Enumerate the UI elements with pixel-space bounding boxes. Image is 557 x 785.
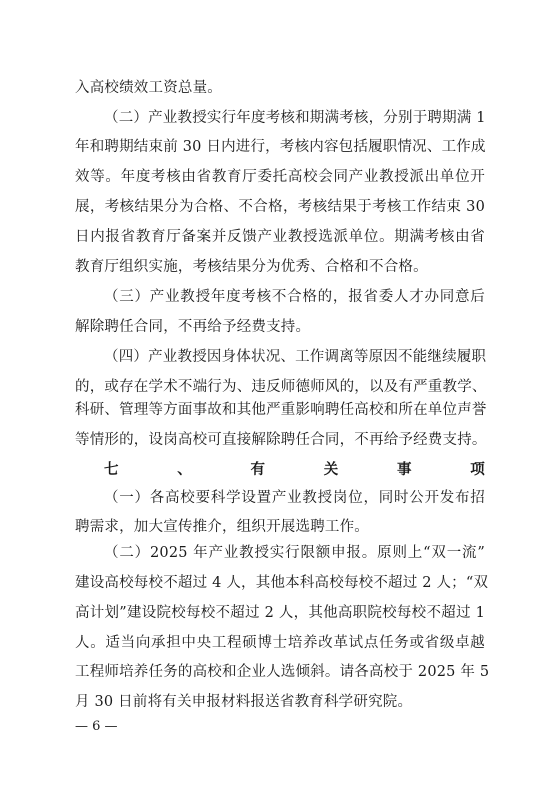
paragraph-line: 解除聘任合同，不再给予经费支持。 xyxy=(75,317,485,337)
paragraph-line: 展，考核结果分为合格、不合格，考核结果于考核工作结束 30 xyxy=(75,197,485,217)
paragraph-line: 年和聘期结束前 30 日内进行，考核内容包括履职情况、工作成 xyxy=(75,137,485,157)
paragraph-line: 聘需求，加大宣传推介，组织开展选聘工作。 xyxy=(75,517,485,537)
paragraph-line: 日内报省教育厅备案并反馈产业教授选派单位。期满考核由省 xyxy=(75,227,485,247)
paragraph-line: 教育厅组织实施，考核结果分为优秀、合格和不合格。 xyxy=(75,257,485,277)
paragraph-line: 高计划”建设院校每校不超过 2 人，其他高职院校每校不超过 1 xyxy=(75,603,485,623)
paragraph-line: （一）各高校要科学设置产业教授岗位，同时公开发布招 xyxy=(104,488,485,508)
page-number: — 6 — xyxy=(75,719,118,735)
paragraph-line: （二）2025 年产业教授实行限额申报。原则上“双一流” xyxy=(104,543,485,563)
paragraph-line: 科研、管理等方面事故和其他严重影响聘任高校和所在单位声誉 xyxy=(75,400,485,420)
paragraph-line: （四）产业教授因身体状况、工作调离等原因不能继续履职 xyxy=(104,347,485,367)
paragraph-line: 月 30 日前将有关申报材料报送省教育科学研究院。 xyxy=(75,692,485,712)
paragraph-line: 人。适当向承担中央工程硕博士培养改革试点任务或省级卓越 xyxy=(75,633,485,653)
paragraph-line: 的，或存在学术不端行为、违反师德师风的，以及有严重教学、 xyxy=(75,377,485,397)
paragraph-line: （三）产业教授年度考核不合格的，报省委人才办同意后 xyxy=(104,287,485,307)
section-heading: 七、有关事项 xyxy=(104,460,485,480)
paragraph-line: （二）产业教授实行年度考核和期满考核，分别于聘期满 1 xyxy=(104,108,485,128)
paragraph-line: 工程师培养任务的高校和企业人选倾斜。请各高校于 2025 年 5 xyxy=(75,662,485,682)
paragraph-line: 入高校绩效工资总量。 xyxy=(75,78,485,98)
paragraph-line: 效等。年度考核由省教育厅委托高校会同产业教授派出单位开 xyxy=(75,167,485,187)
paragraph-line: 建设高校每校不超过 4 人，其他本科高校每校不超过 2 人；“双 xyxy=(75,573,485,593)
paragraph-line: 等情形的，设岗高校可直接解除聘任合同，不再给予经费支持。 xyxy=(75,430,485,450)
